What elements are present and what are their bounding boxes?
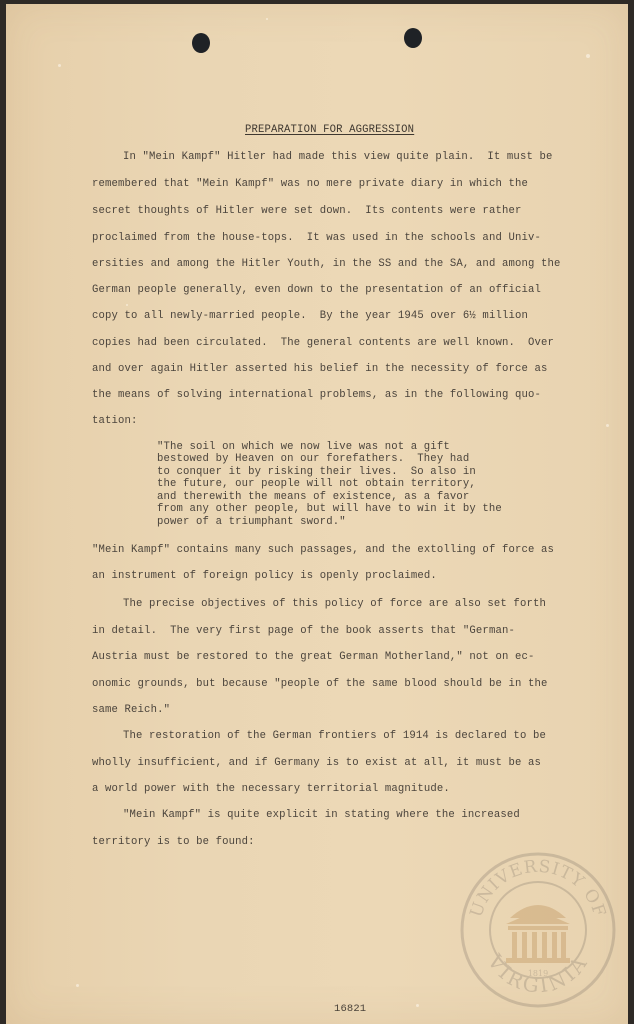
university-seal-watermark: UNIVERSITY OF VIRGINIA 1819 bbox=[460, 852, 616, 1008]
quotation-line: and therewith the means of existence, as… bbox=[157, 491, 469, 503]
quotation-line: "The soil on which we now live was not a… bbox=[157, 441, 450, 453]
paragraph-3-line: The precise objectives of this policy of… bbox=[123, 598, 546, 610]
paragraph-3-line: onomic grounds, but because "people of t… bbox=[92, 678, 548, 690]
paper-speck bbox=[76, 984, 79, 987]
paragraph-3-line: Austria must be restored to the great Ge… bbox=[92, 651, 535, 663]
paper-speck bbox=[126, 304, 128, 306]
paragraph-1-line: copies had been circulated. The general … bbox=[92, 337, 554, 349]
quotation-line: bestowed by Heaven on our forefathers. T… bbox=[157, 453, 469, 465]
document-title: PREPARATION FOR AGGRESSION bbox=[245, 124, 414, 136]
paragraph-1-line: tation: bbox=[92, 415, 138, 427]
paragraph-1-line: German people generally, even down to th… bbox=[92, 284, 541, 296]
paragraph-1-line: and over again Hitler asserted his belie… bbox=[92, 363, 548, 375]
paper-speck bbox=[416, 1004, 419, 1007]
svg-text:1819: 1819 bbox=[528, 969, 548, 978]
paper-speck bbox=[266, 18, 268, 20]
paragraph-4-line: wholly insufficient, and if Germany is t… bbox=[92, 757, 541, 769]
paragraph-4-line: a world power with the necessary territo… bbox=[92, 783, 450, 795]
paragraph-2-line: "Mein Kampf" contains many such passages… bbox=[92, 544, 554, 556]
paragraph-2-line: an instrument of foreign policy is openl… bbox=[92, 570, 437, 582]
paragraph-3-line: same Reich." bbox=[92, 704, 170, 716]
paragraph-1-line: remembered that "Mein Kampf" was no mere… bbox=[92, 178, 528, 190]
punch-hole-right bbox=[404, 28, 422, 48]
paragraph-5-line: "Mein Kampf" is quite explicit in statin… bbox=[123, 809, 520, 821]
quotation-line: to conquer it by risking their lives. So… bbox=[157, 466, 476, 478]
rotunda-icon bbox=[506, 905, 570, 963]
paragraph-5-line: territory is to be found: bbox=[92, 836, 255, 848]
page-number: 16821 bbox=[334, 1003, 366, 1015]
paper-speck bbox=[586, 54, 590, 58]
quotation-line: from any other people, but will have to … bbox=[157, 503, 502, 515]
paragraph-4-line: The restoration of the German frontiers … bbox=[123, 730, 546, 742]
quotation-line: the future, our people will not obtain t… bbox=[157, 478, 476, 490]
paragraph-3-line: in detail. The very first page of the bo… bbox=[92, 625, 515, 637]
quotation-line: power of a triumphant sword." bbox=[157, 516, 346, 528]
paragraph-1-line: ersities and among the Hitler Youth, in … bbox=[92, 258, 561, 270]
paper-speck bbox=[58, 64, 61, 67]
paper-speck bbox=[606, 424, 609, 427]
paragraph-1-line: proclaimed from the house-tops. It was u… bbox=[92, 232, 541, 244]
paragraph-1-line: the means of solving international probl… bbox=[92, 389, 541, 401]
punch-hole-left bbox=[192, 33, 210, 53]
paragraph-1-line: copy to all newly-married people. By the… bbox=[92, 310, 528, 322]
paragraph-1-line: secret thoughts of Hitler were set down.… bbox=[92, 205, 521, 217]
paragraph-1-line: In "Mein Kampf" Hitler had made this vie… bbox=[123, 151, 552, 163]
